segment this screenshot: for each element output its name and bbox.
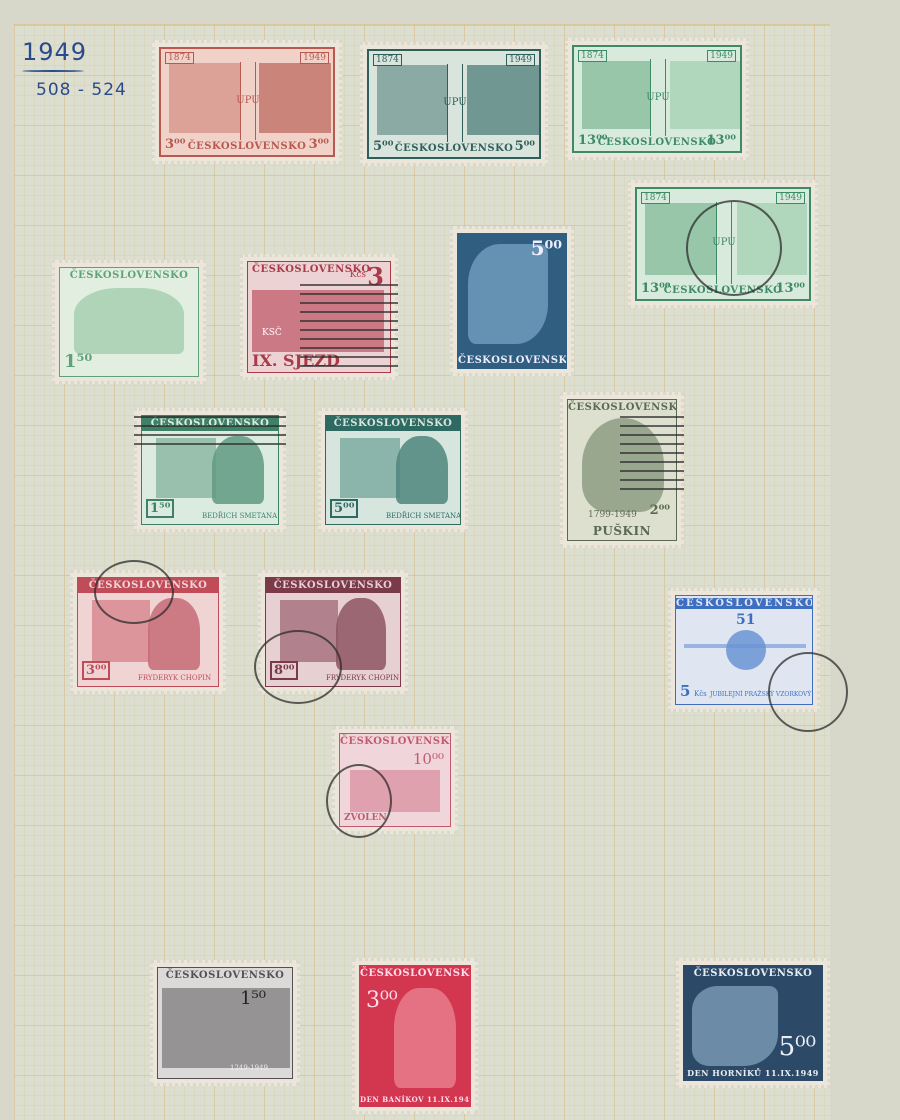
stamp-currency: Kčs — [350, 270, 366, 280]
stamp-caption: FRYDERYK CHOPIN — [138, 674, 211, 682]
stamp-country: ČESKOSLOVENSKO — [60, 270, 198, 281]
stamp-country: ČESKOSLOVENSKO — [568, 402, 676, 413]
stamp-caption: BEDŘICH SMETANA — [386, 512, 461, 520]
stamp-country: ČESKOSLOVENSKO — [369, 143, 539, 154]
stamp-year-end: 1949 — [506, 54, 535, 66]
stamp-year-start: 1874 — [578, 50, 607, 62]
stamp-upu-5-00: 1874 1949 UPU 5⁰⁰ 5⁰⁰ ČESKOSLOVENSKO — [360, 42, 548, 166]
stamp-upu-13-00-used: 1874 1949 UPU 13⁰⁰ 13⁰⁰ ČESKOSLOVENSKO — [628, 180, 818, 308]
stamp-puskin-2-00: ČESKOSLOVENSKO 1799-1949 2⁰⁰ PUŠKIN — [560, 392, 684, 548]
stamp-country: ČESKOSLOVENSKO — [161, 141, 333, 152]
stamp-zvolen-10-00: ČESKOSLOVENSKO 10⁰⁰ ZVOLEN — [332, 726, 458, 834]
stamp-value: 5 — [680, 682, 690, 700]
stamp-country: ČESKOSLOVENSKO — [340, 736, 450, 747]
stamp-miners-1-50: ČESKOSLOVENSKO 1⁵⁰ 1249-1949 — [150, 960, 300, 1086]
stamp-woman-1-50: ČESKOSLOVENSKO 1⁵⁰ — [52, 260, 206, 384]
stamp-year-end: 1949 — [776, 192, 805, 204]
stamp-value: 3⁰⁰ — [82, 661, 110, 680]
stamp-value: 5⁰⁰ — [531, 236, 562, 260]
handwritten-catalog-range: 508 - 524 — [36, 80, 127, 100]
stamp-value: 10⁰⁰ — [413, 750, 444, 768]
stamp-country: ČESKOSLOVENSKO — [684, 968, 822, 979]
handwritten-underline — [22, 70, 84, 72]
stamp-country: ČESKOSLOVENSKO — [266, 578, 400, 593]
stamp-caption: DEN BANÍKOV 11.IX.1949 — [360, 1095, 470, 1104]
stamp-value: 5⁰⁰ — [330, 499, 358, 518]
stamp-country: ČESKOSLOVENSKO — [360, 968, 470, 979]
wavy-cancellation — [300, 284, 398, 368]
stamp-country: ČESKOSLOVENSKO — [326, 416, 460, 431]
stamp-value: 1⁵⁰ — [64, 351, 92, 372]
stamp-prague-fair-5: ČESKOSLOVENSKO 51 5 Kčs JUBILEJNÍ PRAŽSK… — [668, 588, 820, 712]
stamp-emblem-number: 51 — [736, 612, 755, 628]
stamp-smetana-1-50: ČESKOSLOVENSKO 1⁵⁰ BEDŘICH SMETANA — [134, 408, 286, 532]
stamp-value: 1⁵⁰ — [240, 988, 266, 1009]
stamp-country: ČESKOSLOVENSKO — [676, 598, 812, 609]
stamp-upu-label: UPU — [447, 64, 463, 142]
stamp-value: 3⁰⁰ — [366, 988, 398, 1013]
stamp-years: 1799-1949 — [588, 510, 637, 520]
cancellation-lines — [134, 416, 286, 446]
stamp-country: ČESKOSLOVENSKO — [574, 137, 740, 148]
stamp-country: ČESKOSLOVENSKO — [158, 970, 292, 981]
stamp-years: 1249-1949 — [230, 1064, 268, 1072]
stamp-worker-5-00: 5⁰⁰ ČESKOSLOVENSKO — [450, 226, 574, 376]
stamp-year-start: 1874 — [641, 192, 670, 204]
stamp-smetana-5-00: ČESKOSLOVENSKO 5⁰⁰ BEDŘICH SMETANA — [318, 408, 468, 532]
stamp-upu-label: UPU — [650, 59, 666, 136]
stamp-caption: DEN HORNÍKŮ 11.IX.1949 — [684, 1068, 822, 1078]
stamp-upu-13-00: 1874 1949 UPU 13⁰⁰ 13⁰⁰ ČESKOSLOVENSKO — [565, 38, 749, 160]
postmark — [686, 200, 782, 296]
postmark — [94, 560, 174, 624]
stamp-value: 5⁰⁰ — [779, 1032, 816, 1062]
postmark — [254, 630, 342, 704]
stamp-chopin-3-00: ČESKOSLOVENSKO 3⁰⁰ FRYDERYK CHOPIN — [70, 570, 226, 694]
stamp-year-start: 1874 — [373, 54, 402, 66]
stamp-party-label: KSČ — [262, 328, 282, 338]
postmark — [326, 764, 392, 838]
handwritten-year: 1949 — [22, 38, 87, 66]
stamp-chopin-8-00: ČESKOSLOVENSKO 8⁰⁰ FRYDERYK CHOPIN — [258, 570, 408, 694]
stamp-caption: PUŠKIN — [568, 524, 676, 538]
stamp-year-start: 1874 — [165, 52, 194, 64]
stamp-value: 2⁰⁰ — [650, 503, 670, 518]
stamp-year-end: 1949 — [707, 50, 736, 62]
stamp-upu-label: UPU — [240, 62, 256, 140]
stamp-currency: Kčs — [694, 690, 707, 698]
stamp-country: ČESKOSLOVENSKO — [458, 355, 566, 366]
stamp-caption: BEDŘICH SMETANA — [202, 512, 277, 520]
postmark — [768, 652, 848, 732]
album-page: 1949 508 - 524 1874 1949 UPU 3⁰⁰ 3⁰⁰ ČES… — [0, 0, 900, 1120]
cancellation-lines — [620, 416, 684, 496]
stamp-year-end: 1949 — [300, 52, 329, 64]
stamp-upu-3-00: 1874 1949 UPU 3⁰⁰ 3⁰⁰ ČESKOSLOVENSKO — [152, 40, 342, 164]
stamp-den-horniku-5-00: ČESKOSLOVENSKO 5⁰⁰ DEN HORNÍKŮ 11.IX.194… — [676, 958, 830, 1088]
stamp-value: 1⁵⁰ — [146, 499, 174, 518]
stamp-ix-sjezd-3: ČESKOSLOVENSKO Kčs 3 KSČ IX. SJEZD — [240, 254, 398, 380]
stamp-den-banikov-3-00: ČESKOSLOVENSKO 3⁰⁰ DEN BANÍKOV 11.IX.194… — [352, 958, 478, 1114]
